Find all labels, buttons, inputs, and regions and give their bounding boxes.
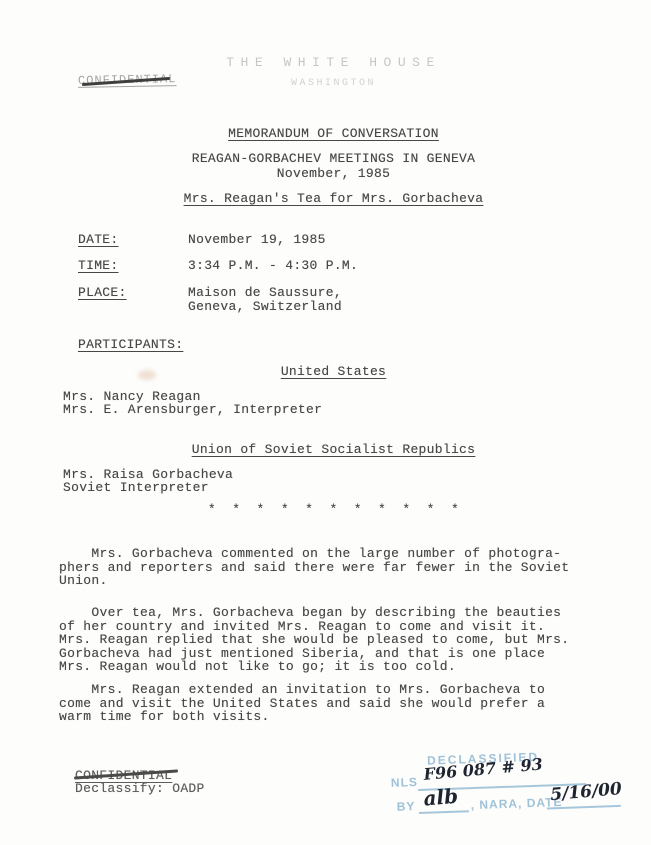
by-initials-handwritten: alb: [422, 784, 459, 811]
date-value: November 19, 1985: [188, 233, 326, 247]
memo-page: THE WHITE HOUSE WASHINGTON CONFIDENTIAL …: [0, 0, 651, 845]
time-label: TIME:: [78, 259, 119, 273]
participants-label: PARTICIPANTS:: [78, 338, 183, 352]
place-label: PLACE:: [78, 286, 127, 300]
body-paragraph-1: Mrs. Gorbacheva commented on the large n…: [59, 547, 619, 588]
body-paragraph-3: Mrs. Reagan extended an invitation to Mr…: [59, 683, 619, 724]
nls-label: NLS: [391, 775, 418, 790]
ussr-heading: Union of Soviet Socialist Republics: [8, 443, 651, 457]
place-value: Maison de Saussure, Geneva, Switzerland: [188, 286, 488, 313]
memo-subtitle-date: November, 1985: [8, 167, 651, 181]
letterhead-line1: THE WHITE HOUSE: [8, 56, 651, 70]
nara-date-label: , NARA, DATE: [470, 795, 562, 812]
date-handwritten: 5/16/00: [550, 779, 623, 805]
stamp-line-2: [419, 810, 469, 814]
section-separator: * * * * * * * * * * *: [8, 503, 651, 517]
time-value: 3:34 P.M. - 4:30 P.M.: [188, 259, 358, 273]
date-label: DATE:: [78, 233, 119, 247]
by-label: BY: [396, 799, 415, 814]
memo-subject: Mrs. Reagan's Tea for Mrs. Gorbacheva: [8, 192, 651, 206]
body-paragraph-2: Over tea, Mrs. Gorbacheva began by descr…: [59, 606, 619, 674]
ussr-participant-2: Soviet Interpreter: [63, 481, 209, 495]
memo-subtitle: REAGAN-GORBACHEV MEETINGS IN GENEVA: [8, 152, 651, 166]
memo-title: MEMORANDUM OF CONVERSATION: [8, 127, 651, 141]
declassify-note: Declassify: OADP: [75, 782, 205, 796]
declassified-stamp: DECLASSIFIED NLS F96 087 # 93 BY alb , N…: [377, 741, 630, 828]
us-participant-2: Mrs. E. Arensburger, Interpreter: [63, 403, 322, 417]
us-heading: United States: [8, 365, 651, 379]
